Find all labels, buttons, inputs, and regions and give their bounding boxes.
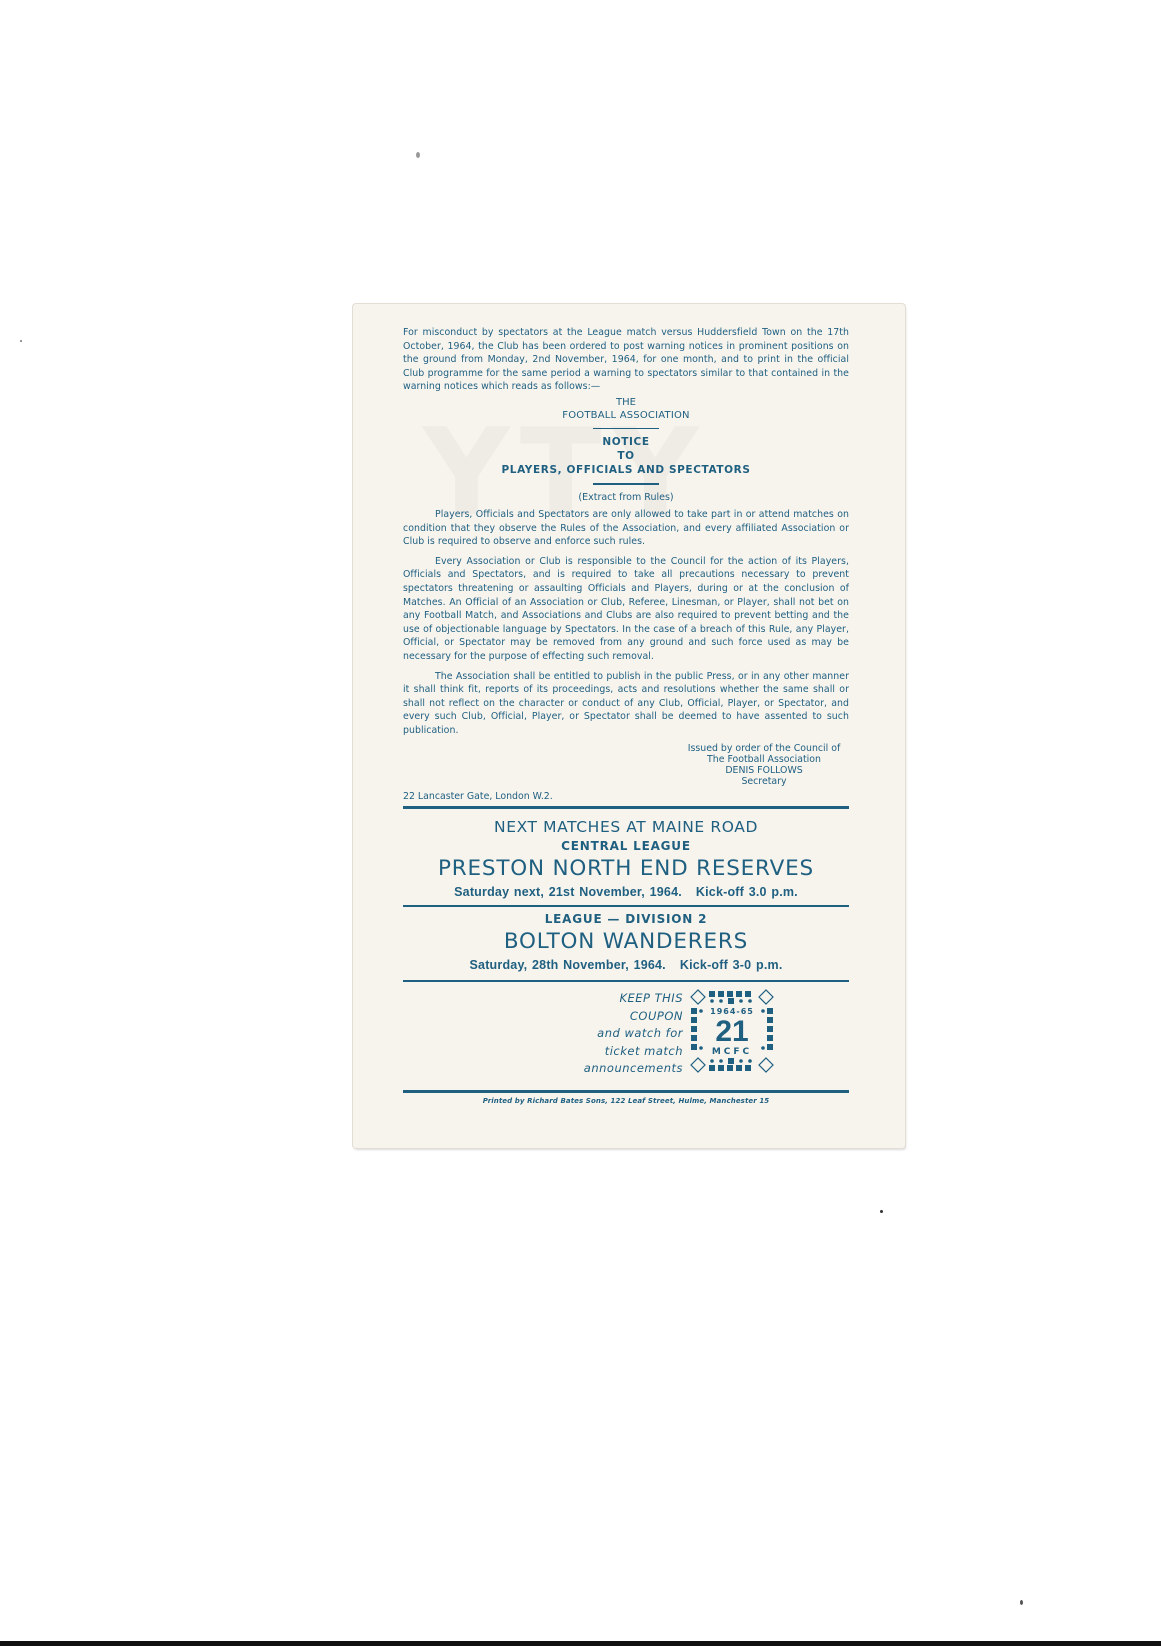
coupon-line: ticket match: [533, 1043, 683, 1061]
printer-credit: Printed by Richard Bates Sons, 122 Leaf …: [403, 1097, 849, 1105]
coupon-line: and watch for: [533, 1025, 683, 1043]
section-rule: [403, 1090, 849, 1093]
coupon-club: MCFC: [689, 1047, 775, 1058]
issued-line: Issued by order of the Council of: [679, 743, 849, 754]
extract-label: (Extract from Rules): [403, 491, 849, 504]
notice-heading: NOTICE: [403, 435, 849, 449]
secretary-title: Secretary: [679, 776, 849, 787]
fixture-details: Saturday, 28th November, 1964.Kick-off 3…: [403, 956, 849, 974]
coupon-line: announcements: [533, 1060, 683, 1078]
scan-edge-bar: [0, 1641, 1161, 1646]
notice-heading-to: TO: [403, 449, 849, 463]
rule-paragraph: The Association shall be entitled to pub…: [403, 670, 849, 738]
fa-heading-name: FOOTBALL ASSOCIATION: [403, 409, 849, 422]
issued-by-block: Issued by order of the Council of The Fo…: [403, 743, 849, 787]
rule-paragraph: Players, Officials and Spectators are on…: [403, 508, 849, 549]
scan-speck: [880, 1210, 883, 1213]
fixture-kickoff: Kick-off 3.0 p.m.: [696, 885, 798, 899]
divider: [593, 483, 659, 485]
ticket-coupon: KEEP THIS COUPON and watch for ticket ma…: [403, 988, 849, 1088]
fixture-competition: CENTRAL LEAGUE: [403, 837, 849, 855]
fa-heading-the: THE: [403, 396, 849, 409]
fixture-details: Saturday next, 21st November, 1964.Kick-…: [403, 883, 849, 901]
fixture-block: LEAGUE — DIVISION 2 BOLTON WANDERERS Sat…: [403, 910, 849, 974]
next-matches-title: NEXT MATCHES AT MAINE ROAD: [403, 817, 849, 837]
scan-speck: [1020, 1600, 1023, 1605]
fa-address: 22 Lancaster Gate, London W.2.: [403, 791, 849, 802]
secretary-name: DENIS FOLLOWS: [679, 765, 849, 776]
section-rule: [403, 905, 849, 907]
fixture-opponent: BOLTON WANDERERS: [403, 928, 849, 956]
programme-sheet: YTY For misconduct by spectators at the …: [353, 304, 905, 1148]
coupon-line: COUPON: [533, 1008, 683, 1026]
fixture-date: Saturday next, 21st November, 1964.: [454, 885, 682, 899]
issued-line: The Football Association: [679, 754, 849, 765]
sheet-content: For misconduct by spectators at the Leag…: [403, 326, 849, 1105]
scan-speck: [416, 152, 420, 158]
section-rule: [403, 806, 849, 809]
coupon-line: KEEP THIS: [533, 990, 683, 1008]
scan-speck: [20, 340, 22, 342]
coupon-instructions: KEEP THIS COUPON and watch for ticket ma…: [533, 990, 683, 1078]
intro-paragraph: For misconduct by spectators at the Leag…: [403, 326, 849, 394]
fixture-block: CENTRAL LEAGUE PRESTON NORTH END RESERVE…: [403, 837, 849, 901]
fixture-competition: LEAGUE — DIVISION 2: [403, 910, 849, 928]
fixture-opponent: PRESTON NORTH END RESERVES: [403, 855, 849, 883]
coupon-badge-text: 1964-65 21 MCFC: [689, 988, 775, 1074]
divider: [593, 428, 659, 430]
notice-heading-audience: PLAYERS, OFFICIALS AND SPECTATORS: [403, 463, 849, 477]
coupon-number: 21: [689, 1017, 775, 1047]
rule-paragraph: Every Association or Club is responsible…: [403, 555, 849, 664]
fixture-date: Saturday, 28th November, 1964.: [470, 958, 666, 972]
fixture-kickoff: Kick-off 3-0 p.m.: [680, 958, 783, 972]
section-rule: [403, 980, 849, 982]
